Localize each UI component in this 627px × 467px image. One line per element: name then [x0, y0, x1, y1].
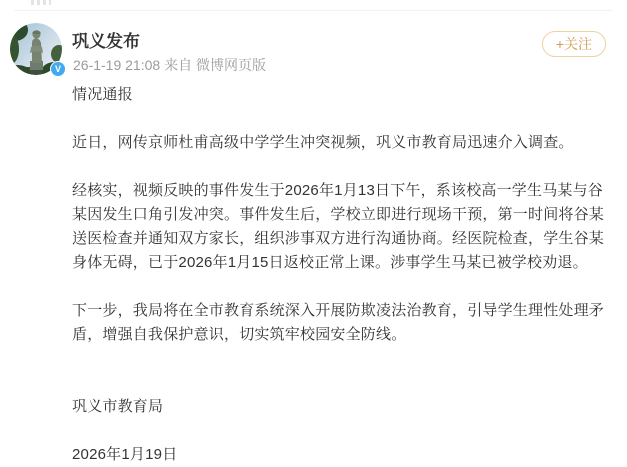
post-source[interactable]: 来自 微博网页版 — [164, 57, 266, 73]
post-body-text: 情况通报 近日，网传京师杜甫高级中学学生冲突视频，巩义市教育局迅速介入调查。 经… — [72, 83, 615, 467]
top-divider — [14, 10, 613, 11]
author-name[interactable]: 巩义发布 — [72, 27, 140, 52]
avatar[interactable]: V — [10, 23, 62, 75]
follow-button[interactable]: +关注 — [542, 31, 606, 57]
post-meta: 26-1-19 21:08 来自 微博网页版 — [73, 55, 266, 75]
timestamp[interactable]: 26-1-19 21:08 — [73, 57, 160, 73]
verified-badge-icon: V — [50, 61, 66, 77]
clipped-content-remnant — [31, 0, 51, 5]
